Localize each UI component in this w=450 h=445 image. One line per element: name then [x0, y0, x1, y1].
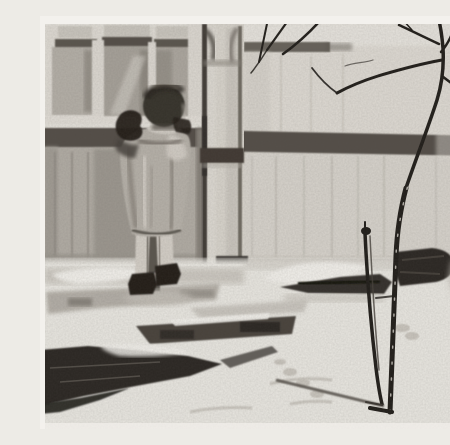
paper-grain	[40, 16, 450, 429]
illustration	[40, 16, 450, 429]
illustration-canvas	[40, 16, 450, 429]
